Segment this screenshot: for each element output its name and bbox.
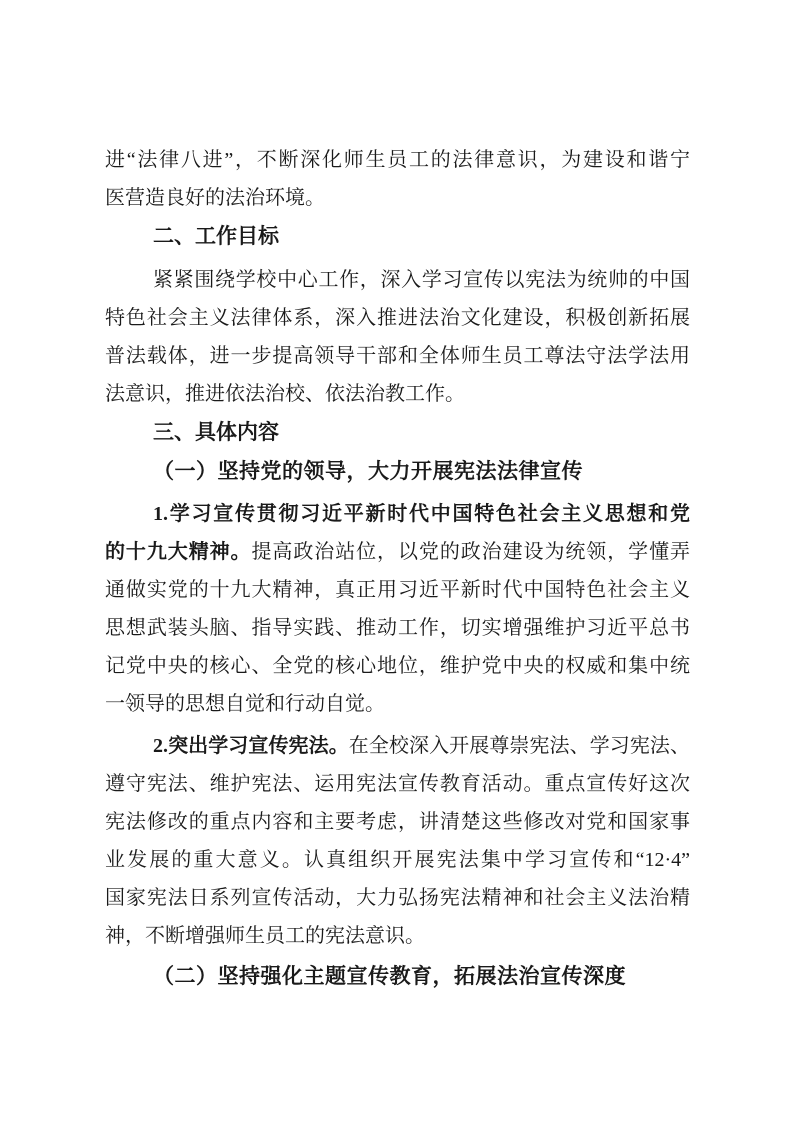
text-line: 记党中央的核心、全党的核心地位，维护党中央的权威和集中统 <box>105 647 690 685</box>
text-line: 通做实党的十九大精神，真正用习近平新时代中国特色社会主义 <box>105 571 690 609</box>
text-line: 一领导的思想自觉和行动自觉。 <box>105 685 690 723</box>
text-line: 紧紧围绕学校中心工作，深入学习宣传以宪法为统帅的中国 <box>105 261 690 299</box>
text-line: 遵守宪法、维护宪法、运用宪法宣传教育活动。重点宣传好这次 <box>105 765 690 803</box>
text-line: 医营造良好的法治环境。 <box>105 179 690 217</box>
text-line: 普法载体，进一步提高领导干部和全体师生员工尊法守法学法用 <box>105 337 690 375</box>
document-page: 进“法律八进”，不断深化师生员工的法律意识，为建设和谐宁 医营造良好的法治环境。… <box>0 0 793 1122</box>
text-line: 进“法律八进”，不断深化师生员工的法律意识，为建设和谐宁 <box>105 141 690 179</box>
text-line: 法意识，推进依法治校、依法治教工作。 <box>105 375 690 413</box>
text-line: 1.学习宣传贯彻习近平新时代中国特色社会主义思想和党 <box>105 495 690 533</box>
subheading-section-1: （一）坚持党的领导，大力开展宪法法律宣传 <box>105 452 690 490</box>
heading-work-goals: 二、工作目标 <box>105 218 690 256</box>
text-line: 国家宪法日系列宣传活动，大力弘扬宪法精神和社会主义法治精 <box>105 879 690 917</box>
text-line: 神，不断增强师生员工的宪法意识。 <box>105 917 690 955</box>
text-line: 宪法修改的重点内容和主要考虑，讲清楚这些修改对党和国家事 <box>105 803 690 841</box>
text-line: 的十九大精神。提高政治站位，以党的政治建设为统领，学懂弄 <box>105 533 690 571</box>
heading-specific-content: 三、具体内容 <box>105 414 690 452</box>
text-line: 2.突出学习宣传宪法。在全校深入开展尊崇宪法、学习宪法、 <box>105 727 690 765</box>
text-line: 思想武装头脑、指导实践、推动工作，切实增强维护习近平总书 <box>105 609 690 647</box>
text-line: 特色社会主义法律体系，深入推进法治文化建设，积极创新拓展 <box>105 299 690 337</box>
subheading-section-2: （二）坚持强化主题宣传教育，拓展法治宣传深度 <box>105 957 690 995</box>
text-line: 业发展的重大意义。认真组织开展宪法集中学习宣传和“12·4” <box>105 841 690 879</box>
